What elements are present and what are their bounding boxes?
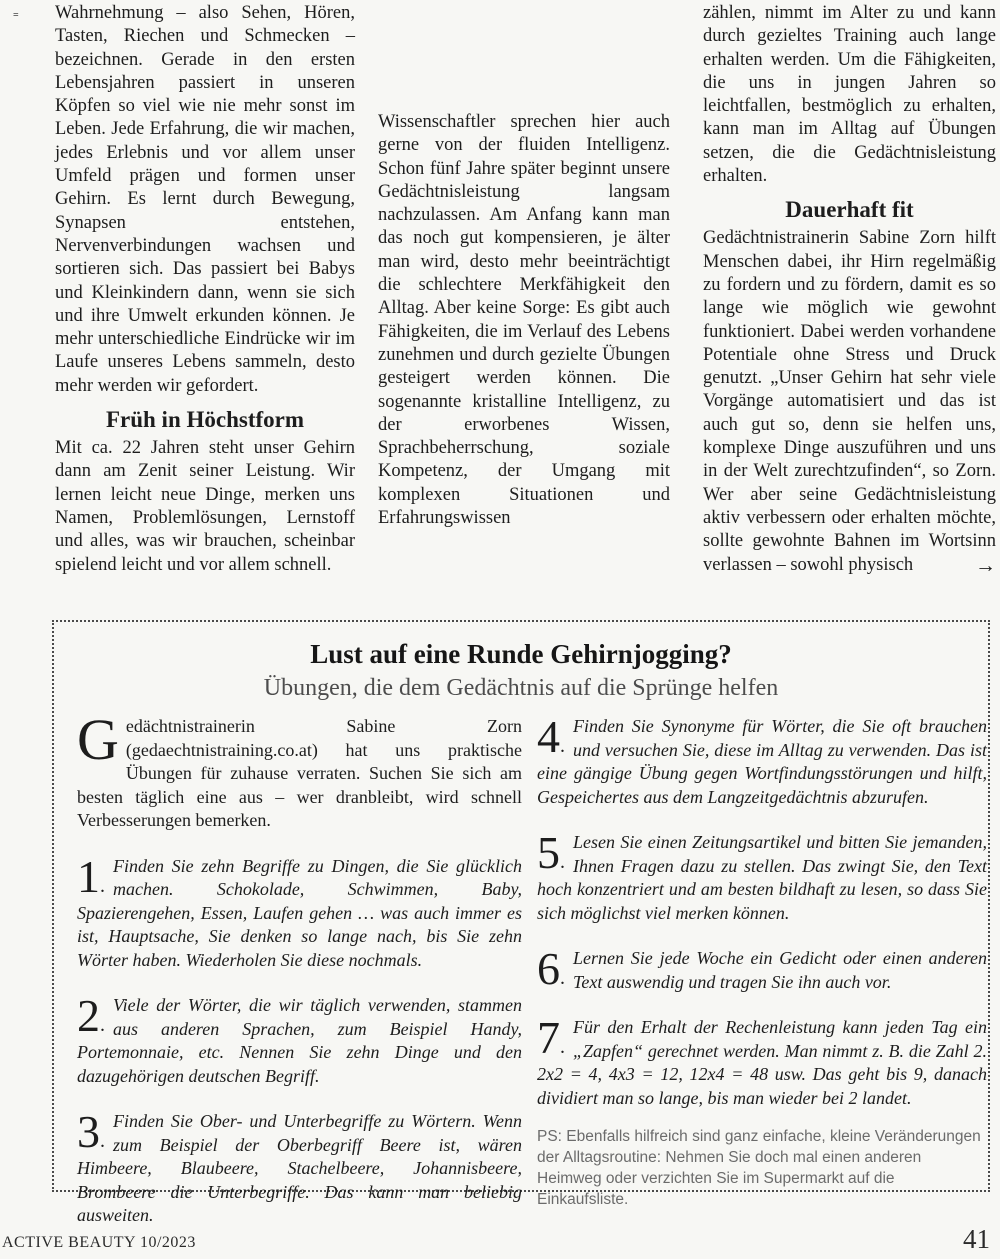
paragraph: Mit ca. 22 Jahren steht unser Gehirn dan… [55,437,355,577]
paragraph: zählen, nimmt im Alter zu und kann durch… [703,2,996,188]
box-title: Lust auf eine Runde Gehirnjogging? [54,639,988,670]
exercise-text: Finden Sie zehn Begriffe zu Dingen, die … [77,856,522,970]
box-column-left: Gedächtnistrainerin Sabine Zorn (gedaech… [77,715,522,1228]
exercise-text: Viele der Wörter, die wir täglich verwen… [77,995,522,1086]
exercise-number: 5. [537,831,573,875]
exercise-text: Lesen Sie einen Zeitungsartikel und bitt… [537,832,987,923]
exercise-number: 1. [77,855,113,899]
exercise-item-1: 1.Finden Sie zehn Begriffe zu Dingen, di… [77,855,522,973]
footer-magazine-issue: ACTIVE BEAUTY 10/2023 [2,1234,196,1252]
exercise-item-6: 6.Lernen Sie jede Woche ein Gedicht oder… [537,947,987,994]
box-column-right: 4.Finden Sie Synonyme für Wörter, die Si… [537,715,987,1210]
ps-note: PS: Ebenfalls hilfreich sind ganz einfac… [537,1126,987,1210]
corner-mark: = [13,10,19,21]
exercise-item-2: 2.Viele der Wörter, die wir täglich verw… [77,994,522,1088]
magazine-page: = Wahrnehmung – also Sehen, Hören, Taste… [0,0,1000,1259]
drop-cap: G [77,715,126,763]
exercise-item-7: 7.Für den Erhalt der Rechenleistung kann… [537,1016,987,1110]
section-heading-frueh-in-hoechstform: Früh in Höchstform [55,407,355,433]
exercise-number: 6. [537,947,573,991]
paragraph: Wahrnehmung – also Sehen, Hören, Tasten,… [55,2,355,398]
exercise-item-5: 5.Lesen Sie einen Zeitungsartikel und bi… [537,831,987,925]
exercise-text: Für den Erhalt der Rechenleistung kann j… [537,1017,987,1108]
exercise-text: Lernen Sie jede Woche ein Gedicht oder e… [573,948,987,992]
paragraph-text: Gedächtnistrainerin Sabine Zorn hilft Me… [703,228,996,574]
exercise-item-3: 3.Finden Sie Ober- und Unterbegriffe zu … [77,1110,522,1228]
footer-page-number: 41 [963,1224,990,1255]
box-subtitle: Übungen, die dem Gedächtnis auf die Sprü… [54,675,988,702]
exercise-item-4: 4.Finden Sie Synonyme für Wörter, die Si… [537,715,987,809]
article-column-3: zählen, nimmt im Alter zu und kann durch… [703,2,996,577]
continuation-arrow-icon: → [975,554,996,577]
exercise-number: 7. [537,1016,573,1060]
paragraph: Gedächtnistrainerin Sabine Zorn hilft Me… [703,227,996,576]
exercise-text: Finden Sie Ober- und Unterbegriffe zu Wö… [77,1111,522,1225]
exercise-text: Finden Sie Synonyme für Wörter, die Sie … [537,716,987,807]
exercise-number: 4. [537,715,573,759]
intro-text: edächtnistrainerin Sabine Zorn (gedaecht… [77,716,522,830]
exercise-number: 2. [77,994,113,1038]
section-heading-dauerhaft-fit: Dauerhaft fit [703,197,996,223]
exercise-number: 3. [77,1110,113,1154]
paragraph: Wissenschaftler sprechen hier auch gerne… [378,111,670,530]
article-column-2: Wissenschaftler sprechen hier auch gerne… [378,111,670,530]
article-column-1: Wahrnehmung – also Sehen, Hören, Tasten,… [55,2,355,577]
gehirnjogging-box: Lust auf eine Runde Gehirnjogging? Übung… [52,620,990,1192]
intro-paragraph: Gedächtnistrainerin Sabine Zorn (gedaech… [77,715,522,833]
